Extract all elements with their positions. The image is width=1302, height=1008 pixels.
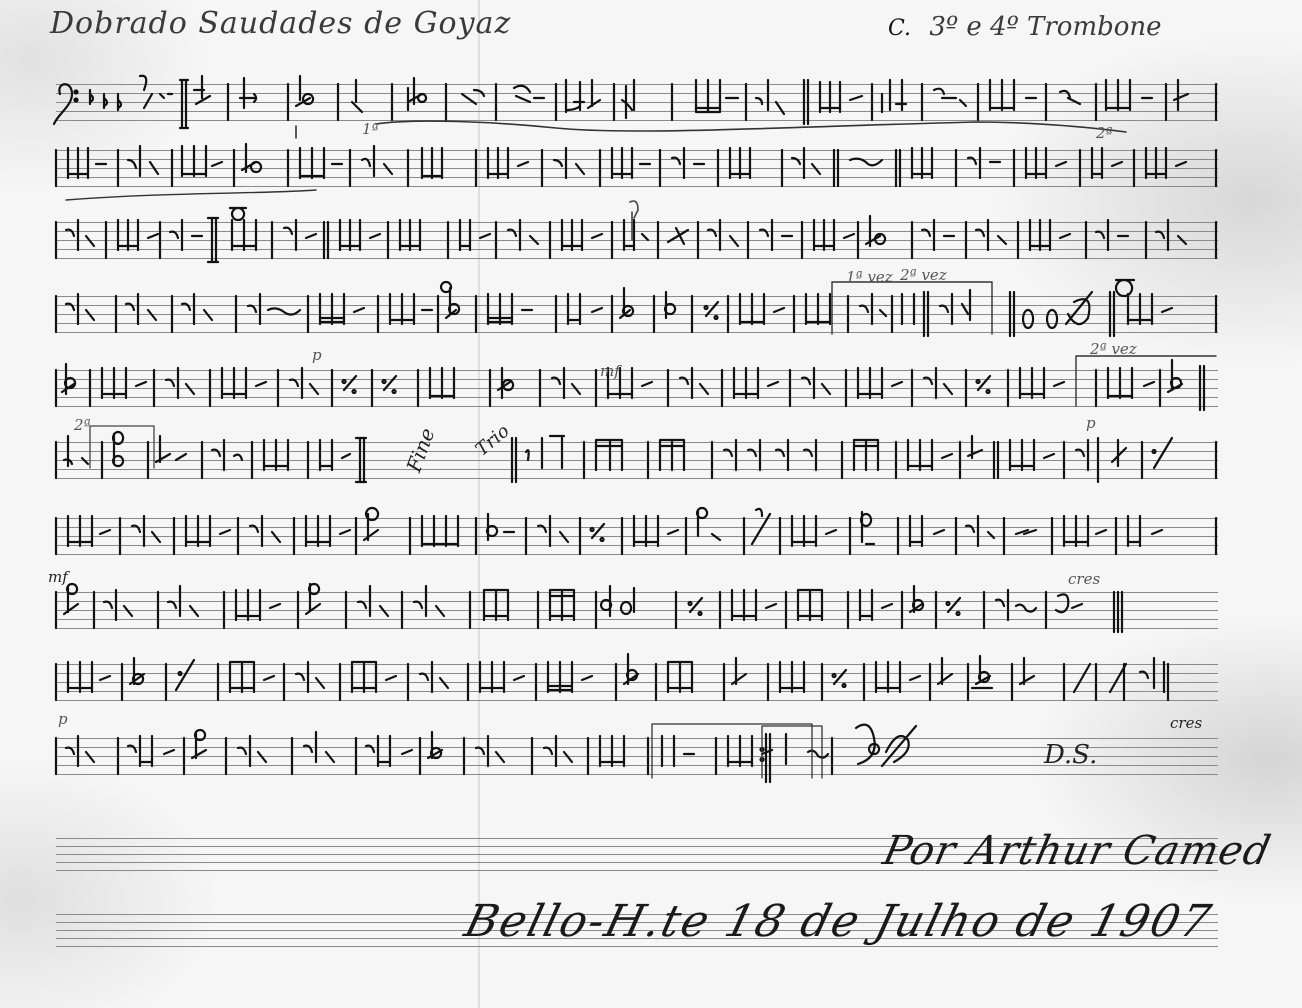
part-label: 3º e 4º Trombone <box>929 12 1161 42</box>
music-notation <box>56 496 1218 580</box>
ending-first-2: 1ª vez <box>846 268 893 286</box>
dynamic-mf-2: mf <box>600 362 620 380</box>
staff-5 <box>56 370 1218 410</box>
music-notation <box>56 274 1218 358</box>
piece-title: Dobrado Saudades de Goyaz <box>50 6 511 41</box>
instrument-part: C. 3º e 4º Trombone <box>888 12 1162 42</box>
composer-signature: Por Arthur Camed <box>879 828 1275 874</box>
ending-second-2: 2ª vez <box>900 266 947 284</box>
part-mark: C. <box>888 16 911 41</box>
dynamic-mf: mf <box>48 568 68 586</box>
ds-marking: D.S. <box>1044 740 1097 770</box>
staff-9 <box>56 664 1218 704</box>
dal-segno-mark: 2ª <box>74 416 91 434</box>
staff-4 <box>56 296 1218 336</box>
staff-7 <box>56 518 1218 558</box>
music-notation <box>56 420 1218 504</box>
staff-8 <box>56 592 1218 632</box>
ending-second: 2ª <box>1096 124 1113 142</box>
ending-first: 1ª <box>362 120 379 138</box>
crescendo-1: cres <box>1068 570 1100 588</box>
staff-6 <box>56 442 1218 482</box>
music-notation <box>56 200 1218 284</box>
staff-1 <box>56 84 1218 124</box>
dynamic-p: p <box>312 346 322 364</box>
volta-first: 2ª vez <box>1090 340 1137 358</box>
staff-2 <box>56 150 1218 190</box>
dynamic-p-3: p <box>58 710 68 728</box>
crescendo-2: cres <box>1170 714 1202 732</box>
music-notation <box>56 642 1218 726</box>
dynamic-p-2: p <box>1086 414 1096 432</box>
place-date: Bello-H.te 18 de Julho de 1907 <box>460 896 1218 947</box>
manuscript-page: Dobrado Saudades de Goyaz C. 3º e 4º Tro… <box>0 0 1302 1008</box>
staff-3 <box>56 222 1218 262</box>
